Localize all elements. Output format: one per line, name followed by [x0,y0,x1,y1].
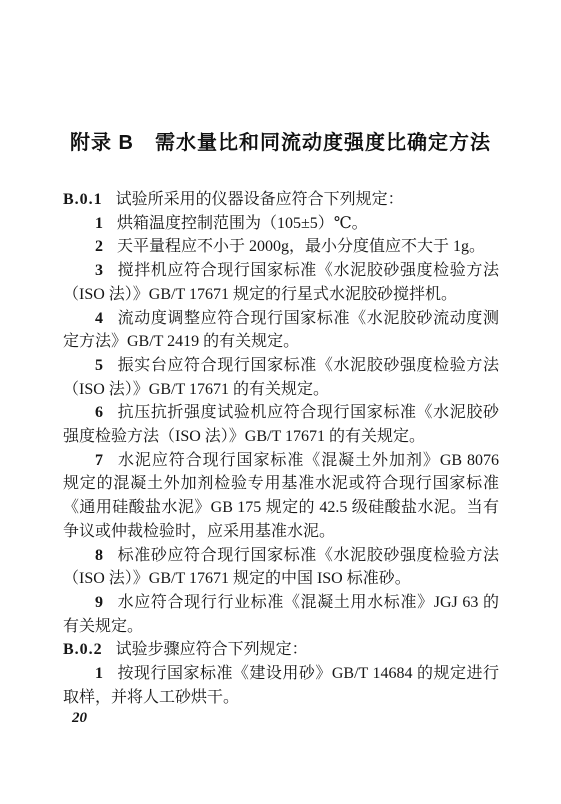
item-text: 振实台应符合现行国家标准《水泥胶砂强度检验方法（ISO 法）》GB/T 1767… [63,357,499,398]
clause-text: 试验所采用的仪器设备应符合下列规定： [116,191,404,208]
item-number: 6 [95,404,103,421]
item-number: 1 [95,215,103,232]
list-item-b02-1: 1按现行国家标准《建设用砂》GB/T 14684 的规定进行取样，并将人工砂烘干… [63,662,499,709]
page-title: 附录 B 需水量比和同流动度强度比确定方法 [0,0,561,155]
page-number: 20 [72,710,561,727]
item-number: 5 [95,357,103,374]
list-item-4: 4流动度调整应符合现行国家标准《水泥胶砂流动度测定方法》GB/T 2419 的有… [63,307,499,354]
clause-text: 试验步骤应符合下列规定： [116,641,308,658]
clause-b02: B.0.2试验步骤应符合下列规定： [63,638,499,662]
item-text: 天平量程应不小于 2000g，最小分度值应不大于 1g。 [117,238,485,255]
list-item-8: 8标准砂应符合现行国家标准《水泥胶砂强度检验方法（ISO 法）》GB/T 176… [63,544,499,591]
item-text: 搅拌机应符合现行国家标准《水泥胶砂强度检验方法（ISO 法）》GB/T 1767… [63,262,499,303]
item-number: 3 [95,262,103,279]
list-item-3: 3搅拌机应符合现行国家标准《水泥胶砂强度检验方法（ISO 法）》GB/T 176… [63,259,499,306]
document-body: B.0.1试验所采用的仪器设备应符合下列规定： 1烘箱温度控制范围为（105±5… [63,188,499,709]
item-text: 标准砂应符合现行国家标准《水泥胶砂强度检验方法（ISO 法）》GB/T 1767… [63,547,499,588]
list-item-7: 7水泥应符合现行国家标准《混凝土外加剂》GB 8076 规定的混凝土外加剂检验专… [63,449,499,544]
clause-label: B.0.2 [63,641,103,658]
item-number: 7 [95,452,103,469]
item-text: 按现行国家标准《建设用砂》GB/T 14684 的规定进行取样，并将人工砂烘干。 [63,665,499,706]
item-text: 水泥应符合现行国家标准《混凝土外加剂》GB 8076 规定的混凝土外加剂检验专用… [63,452,499,540]
item-text: 水应符合现行行业标准《混凝土用水标准》JGJ 63 的有关规定。 [63,594,499,635]
list-item-5: 5振实台应符合现行国家标准《水泥胶砂强度检验方法（ISO 法）》GB/T 176… [63,354,499,401]
item-number: 9 [95,594,103,611]
list-item-6: 6抗压抗折强度试验机应符合现行国家标准《水泥胶砂强度检验方法（ISO 法）》GB… [63,401,499,448]
list-item-1: 1烘箱温度控制范围为（105±5）℃。 [63,212,499,236]
list-item-2: 2天平量程应不小于 2000g，最小分度值应不大于 1g。 [63,235,499,259]
list-item-9: 9水应符合现行行业标准《混凝土用水标准》JGJ 63 的有关规定。 [63,591,499,638]
item-text: 抗压抗折强度试验机应符合现行国家标准《水泥胶砂强度检验方法（ISO 法）》GB/… [63,404,499,445]
item-text: 流动度调整应符合现行国家标准《水泥胶砂流动度测定方法》GB/T 2419 的有关… [63,310,499,351]
clause-label: B.0.1 [63,191,103,208]
item-number: 4 [95,310,103,327]
document-page: 附录 B 需水量比和同流动度强度比确定方法 B.0.1试验所采用的仪器设备应符合… [0,0,561,804]
item-number: 1 [95,665,103,682]
item-number: 2 [95,238,103,255]
item-text: 烘箱温度控制范围为（105±5）℃。 [117,215,368,232]
item-number: 8 [95,547,103,564]
clause-b01: B.0.1试验所采用的仪器设备应符合下列规定： [63,188,499,212]
